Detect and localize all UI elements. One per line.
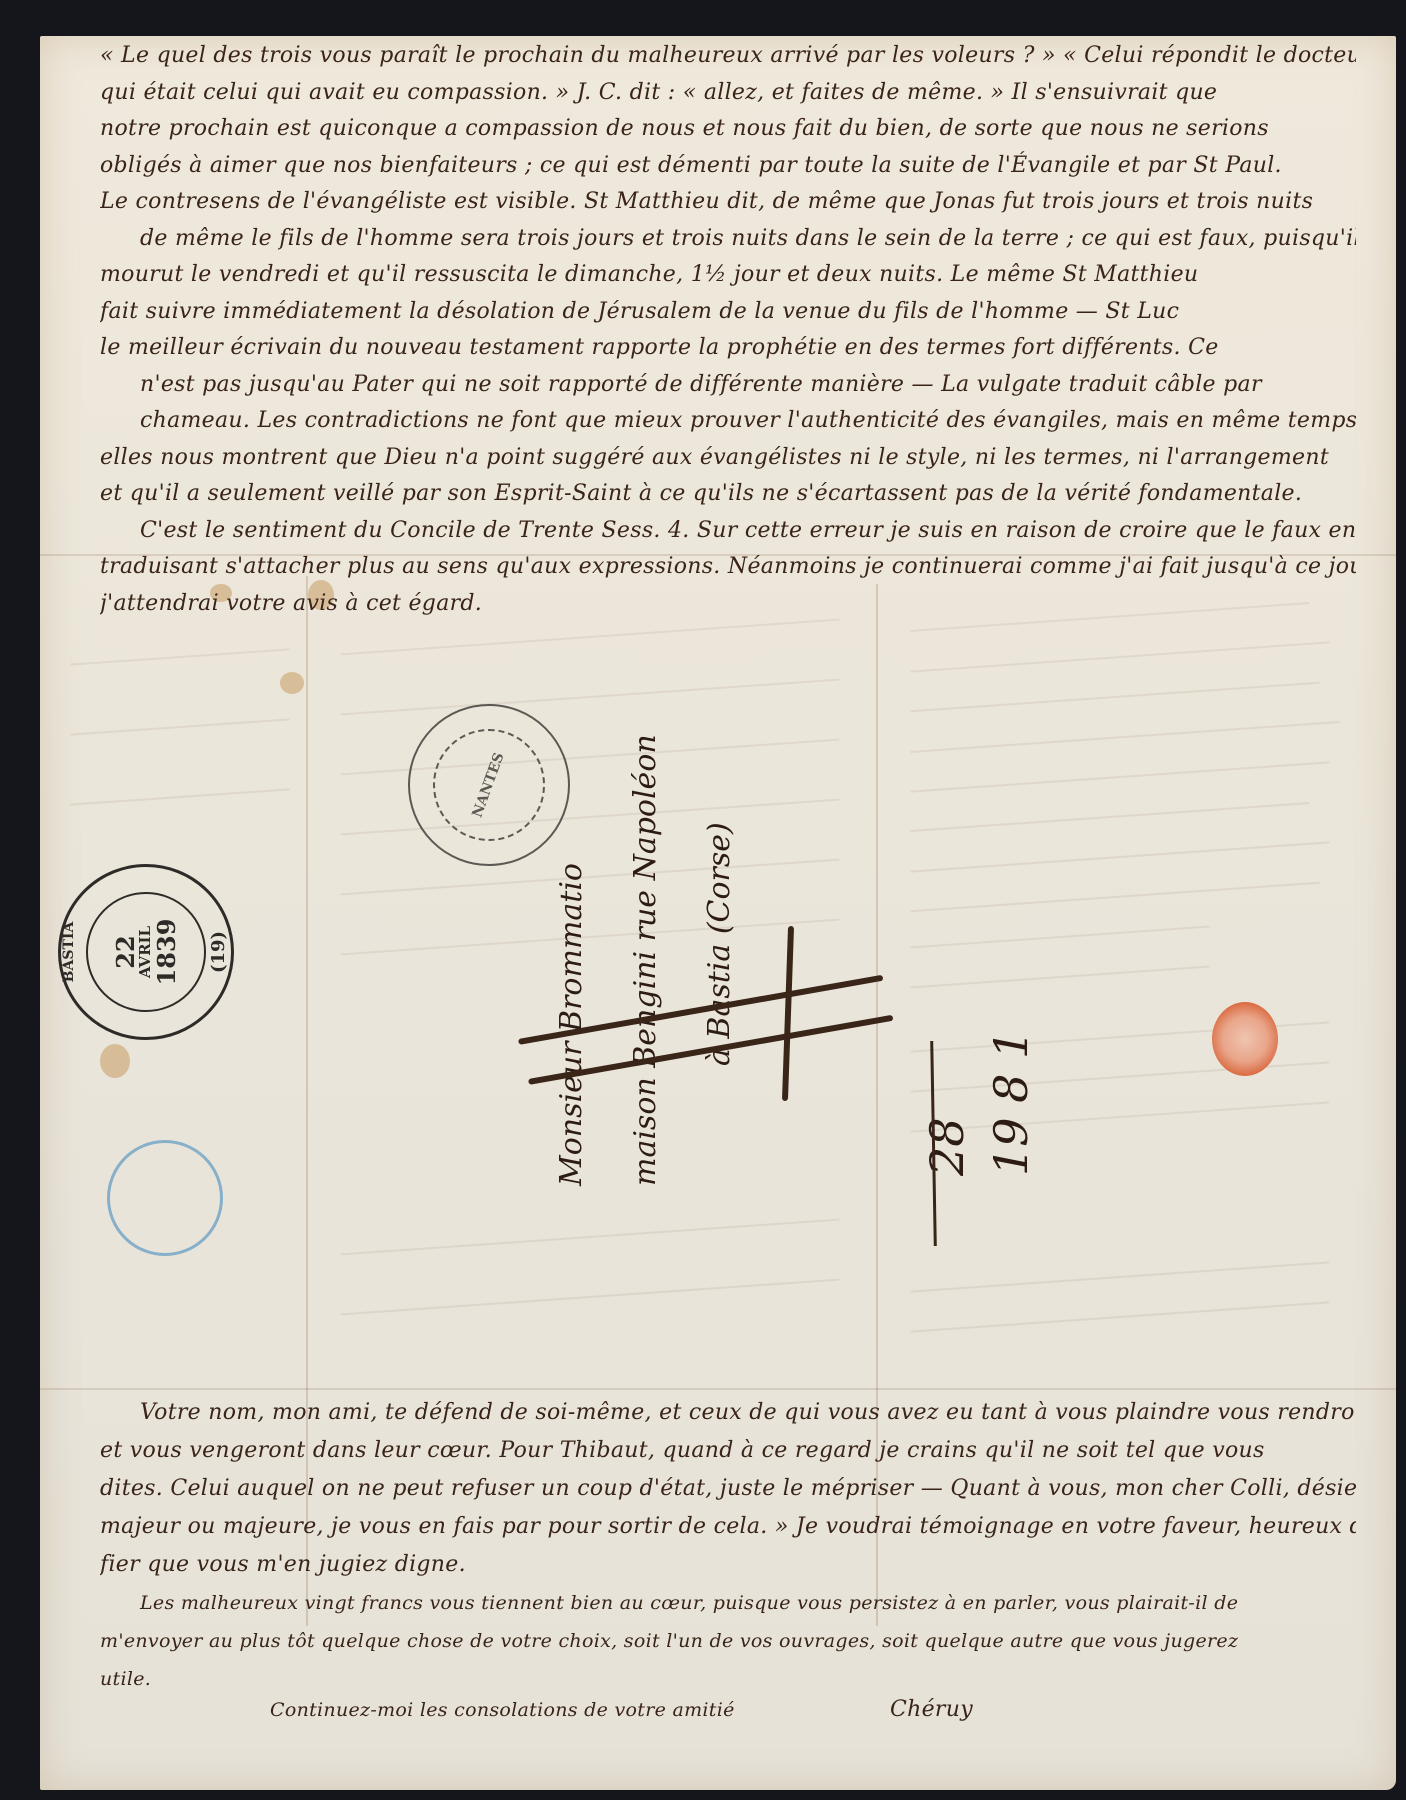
letter-line: qui était celui qui avait eu compassion.… [100,75,1356,112]
letter-line: n'est pas jusqu'au Pater qui ne soit rap… [100,367,1356,404]
letter-line: Le contresens de l'évangéliste est visib… [100,184,1356,221]
letter-line: obligés à aimer que nos bienfaiteurs ; c… [100,148,1356,185]
letter-line: de même le fils de l'homme sera trois jo… [100,221,1356,258]
closing-line: dites. Celui auquel on ne peut refuser u… [100,1470,1356,1508]
letter-line: fait suivre immédiatement la désolation … [100,294,1356,331]
blue-postmark [107,1140,223,1256]
town-postmark-text: NANTES [471,751,508,820]
wax-seal-remnant [1212,1002,1278,1076]
address-recipient: Monsieur Brommatio [535,734,609,1186]
letter-line: le meilleur écrivain du nouveau testamen… [100,330,1356,367]
postscript-line: Les malheureux vingt francs vous tiennen… [100,1584,1356,1622]
address-street: maison Bengini rue Napoléon [609,734,683,1186]
foxing-stain [280,672,304,694]
letter-line: mourut le vendredi et qu'il ressuscita l… [100,257,1356,294]
postmark-town: BASTIA [61,922,77,983]
letter-line: j'attendrai votre avis à cet égard. [100,586,1356,623]
letter-line: notre prochain est quiconque a compassio… [100,111,1356,148]
letter-line: C'est le sentiment du Concile de Trente … [100,513,1356,550]
foxing-stain [100,1044,130,1078]
letter-line: et qu'il a seulement veillé par son Espr… [100,476,1356,513]
closing-section: Votre nom, mon ami, te défend de soi-mêm… [100,1394,1356,1698]
letter-page: « Le quel des trois vous paraît le proch… [40,36,1396,1790]
postal-rate-lower: 19 8 1 [984,1030,1038,1176]
fold-line-bottom [40,1388,1396,1390]
postmark-department: (19) [208,931,229,973]
signature: Chéruy [890,1692,973,1729]
closing-line: Votre nom, mon ami, te défend de soi-mêm… [100,1394,1356,1432]
cancellation-stroke [782,926,794,1101]
address-city: à Bastia (Corse) [683,734,757,1186]
address-block: Monsieur Brommatio maison Bengini rue Na… [535,734,757,1186]
postal-rate-upper: 28 [920,1030,974,1176]
letter-line: elles nous montrent que Dieu n'a point s… [100,440,1356,477]
closing-line: fier que vous m'en jugiez digne. [100,1546,1356,1584]
postmark-year: 1839 [154,919,179,986]
farewell-text: Continuez-moi les consolations de votre … [270,1692,735,1729]
letter-line: traduisant s'attacher plus au sens qu'au… [100,549,1356,586]
postscript-line: m'envoyer au plus tôt quelque chose de v… [100,1622,1356,1660]
postmark-day: 22 [113,935,138,968]
closing-line: et vous vengeront dans leur cœur. Pour T… [100,1432,1356,1470]
letter-body: « Le quel des trois vous paraît le proch… [100,38,1356,622]
postal-rates: 28 19 8 1 [920,1030,1038,1176]
letter-line: « Le quel des trois vous paraît le proch… [100,38,1356,75]
letter-line: chameau. Les contradictions ne font que … [100,403,1356,440]
date-postmark: 22 AVRIL 1839 (19) BASTIA [58,864,234,1040]
closing-line: majeur ou majeure, je vous en fais par p… [100,1508,1356,1546]
